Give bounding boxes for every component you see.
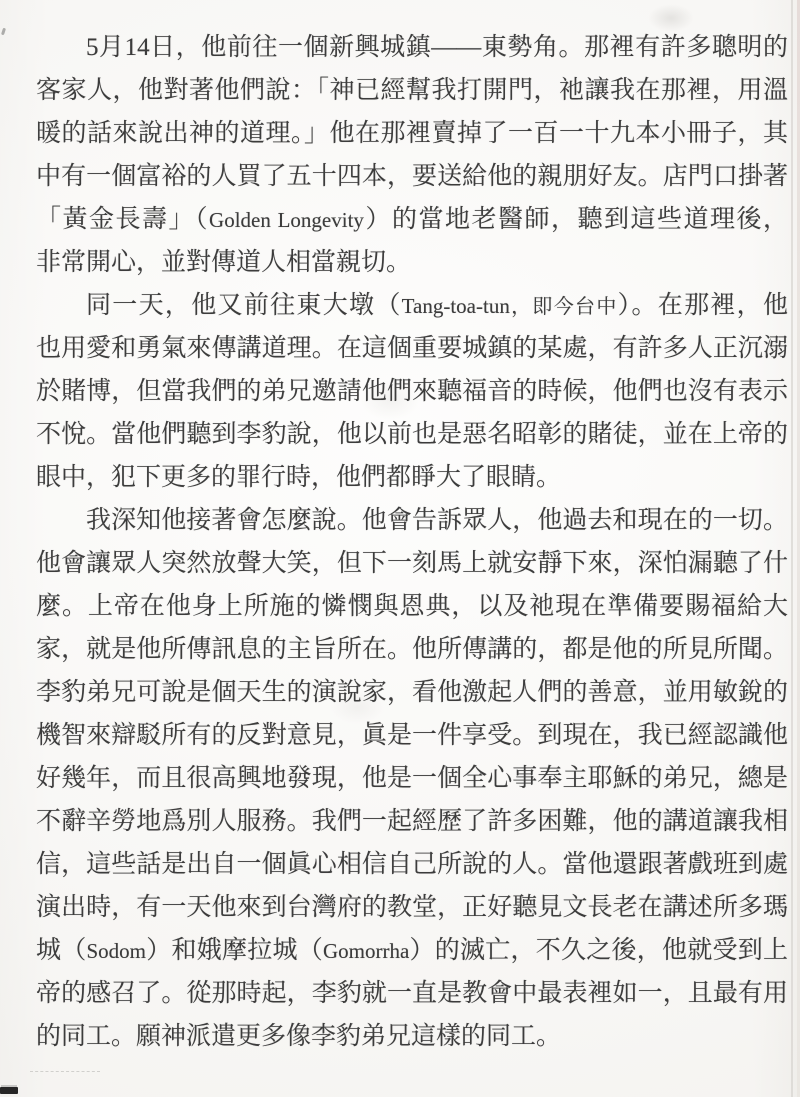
text-line: 客家人，他對著他們說：「神已經幫我打開門，祂讓我在那裡，用溫 — [36, 69, 788, 112]
text-line: 同一天，他又前往東大墩（Tang-toa-tun，即今台中）。在那裡，他 — [36, 284, 788, 327]
text-segment: 暖的話來說出神的道理。」他在那裡賣掉了一百一十九本小冊子，其 — [36, 120, 788, 147]
text-line: 麼。上帝在他身上所施的憐憫與恩典，以及祂現在準備要賜福給大 — [36, 585, 788, 628]
text-segment: 城（ — [36, 937, 87, 964]
text-segment: 眼中，犯下更多的罪行時，他們都睜大了眼睛。 — [36, 464, 561, 491]
scan-dashes — [30, 1071, 100, 1073]
text-line: 李豹弟兄可說是個天生的演說家，看他激起人們的善意，並用敏銳的 — [36, 671, 788, 714]
text-segment: 機智來辯駁所有的反對意見，眞是一件享受。到現在，我已經認識他 — [36, 722, 788, 749]
text-segment: ）和娥摩拉城（ — [146, 937, 323, 964]
text-segment: ）的當地老醫師，聽到這些道理後， — [364, 206, 788, 233]
text-line: 好幾年，而且很高興地發現，他是一個全心事奉主耶穌的弟兄，總是 — [36, 757, 788, 800]
text-line: 非常開心，並對傳道人相當親切。 — [36, 241, 788, 284]
text-segment: 客家人，他對著他們說：「神已經幫我打開門，祂讓我在那裡，用溫 — [36, 77, 788, 104]
scan-edge-line — [791, 0, 793, 1097]
text-line: 不悅。當他們聽到李豹說，他以前也是惡名昭彰的賭徒，並在上帝的 — [36, 413, 788, 456]
text-segment: 不辭辛勞地爲別人服務。我們一起經歷了許多困難，他的講道讓我相 — [36, 808, 788, 835]
scan-speck — [1, 28, 6, 36]
text-line: 的同工。願神派遣更多像李豹弟兄這樣的同工。 — [36, 1015, 788, 1058]
corner-ink-mark — [0, 1087, 18, 1094]
text-line: 不辭辛勞地爲別人服務。我們一起經歷了許多困難，他的講道讓我相 — [36, 800, 788, 843]
text-segment: 也用愛和勇氣來傳講道理。在這個重要城鎮的某處，有許多人正沉溺 — [36, 335, 788, 362]
text-segment: ，即今台中 — [510, 296, 618, 318]
text-segment: 「黃金長壽」（ — [36, 206, 209, 233]
text-segment: ）的滅亡，不久之後，他就受到上 — [409, 937, 788, 964]
text-line: 「黃金長壽」（Golden Longevity）的當地老醫師，聽到這些道理後， — [36, 198, 788, 241]
text-segment: 中有一個富裕的人買了五十四本，要送給他的親朋好友。店門口掛著 — [36, 163, 788, 190]
text-segment: 我深知他接著會怎麼說。他會告訴眾人，他過去和現在的一切。 — [86, 507, 788, 534]
text-segment: 李豹弟兄可說是個天生的演說家，看他激起人們的善意，並用敏銳的 — [36, 679, 788, 706]
text-segment: 信，這些話是出自一個眞心相信自己所說的人。當他還跟著戲班到處 — [36, 851, 788, 878]
text-line: 城（Sodom）和娥摩拉城（Gomorrha）的滅亡，不久之後，他就受到上 — [36, 929, 788, 972]
text-line: 暖的話來說出神的道理。」他在那裡賣掉了一百一十九本小冊子，其 — [36, 112, 788, 155]
text-segment: 於賭博，但當我們的弟兄邀請他們來聽福音的時候，他們也沒有表示 — [36, 378, 788, 405]
page-text: 5月14日，他前往一個新興城鎮——東勢角。那裡有許多聰明的客家人，他對著他們說：… — [36, 26, 788, 1058]
text-segment: 5月14日，他前往一個新興城鎮——東勢角。那裡有許多聰明的 — [86, 34, 788, 61]
text-line: 機智來辯駁所有的反對意見，眞是一件享受。到現在，我已經認識他 — [36, 714, 788, 757]
text-segment: 麼。上帝在他身上所施的憐憫與恩典，以及祂現在準備要賜福給大 — [36, 593, 788, 620]
text-segment: ）。在那裡，他 — [618, 292, 788, 319]
text-segment: Sodom — [87, 939, 147, 963]
text-segment: Tang-toa-tun — [402, 294, 510, 318]
text-line: 帝的感召了。從那時起，李豹就一直是教會中最表裡如一，且最有用 — [36, 972, 788, 1015]
text-line: 於賭博，但當我們的弟兄邀請他們來聽福音的時候，他們也沒有表示 — [36, 370, 788, 413]
text-line: 也用愛和勇氣來傳講道理。在這個重要城鎮的某處，有許多人正沉溺 — [36, 327, 788, 370]
text-segment: 非常開心，並對傳道人相當親切。 — [36, 249, 411, 276]
text-segment: 同一天，他又前往東大墩（ — [86, 292, 402, 319]
text-segment: 的同工。願神派遣更多像李豹弟兄這樣的同工。 — [36, 1023, 561, 1050]
text-line: 5月14日，他前往一個新興城鎮——東勢角。那裡有許多聰明的 — [36, 26, 788, 69]
text-line: 我深知他接著會怎麼說。他會告訴眾人，他過去和現在的一切。 — [36, 499, 788, 542]
text-segment: 帝的感召了。從那時起，李豹就一直是教會中最表裡如一，且最有用 — [36, 980, 788, 1007]
text-line: 眼中，犯下更多的罪行時，他們都睜大了眼睛。 — [36, 456, 788, 499]
text-segment: 好幾年，而且很高興地發現，他是一個全心事奉主耶穌的弟兄，總是 — [36, 765, 788, 792]
text-segment: Golden Longevity — [209, 208, 364, 232]
text-line: 信，這些話是出自一個眞心相信自己所說的人。當他還跟著戲班到處 — [36, 843, 788, 886]
text-line: 家，就是他所傳訊息的主旨所在。他所傳講的，都是他的所見所聞。 — [36, 628, 788, 671]
text-segment: 不悅。當他們聽到李豹說，他以前也是惡名昭彰的賭徒，並在上帝的 — [36, 421, 788, 448]
text-line: 他會讓眾人突然放聲大笑，但下一刻馬上就安靜下來，深怕漏聽了什 — [36, 542, 788, 585]
text-segment: 他會讓眾人突然放聲大笑，但下一刻馬上就安靜下來，深怕漏聽了什 — [36, 550, 788, 577]
text-segment: 家，就是他所傳訊息的主旨所在。他所傳講的，都是他的所見所聞。 — [36, 636, 788, 663]
scanned-page: 5月14日，他前往一個新興城鎮——東勢角。那裡有許多聰明的客家人，他對著他們說：… — [0, 0, 800, 1097]
text-segment: 演出時，有一天他來到台灣府的教堂，正好聽見文長老在講述所多瑪 — [36, 894, 788, 921]
text-segment: Gomorrha — [323, 939, 409, 963]
text-line: 中有一個富裕的人買了五十四本，要送給他的親朋好友。店門口掛著 — [36, 155, 788, 198]
text-line: 演出時，有一天他來到台灣府的教堂，正好聽見文長老在講述所多瑪 — [36, 886, 788, 929]
